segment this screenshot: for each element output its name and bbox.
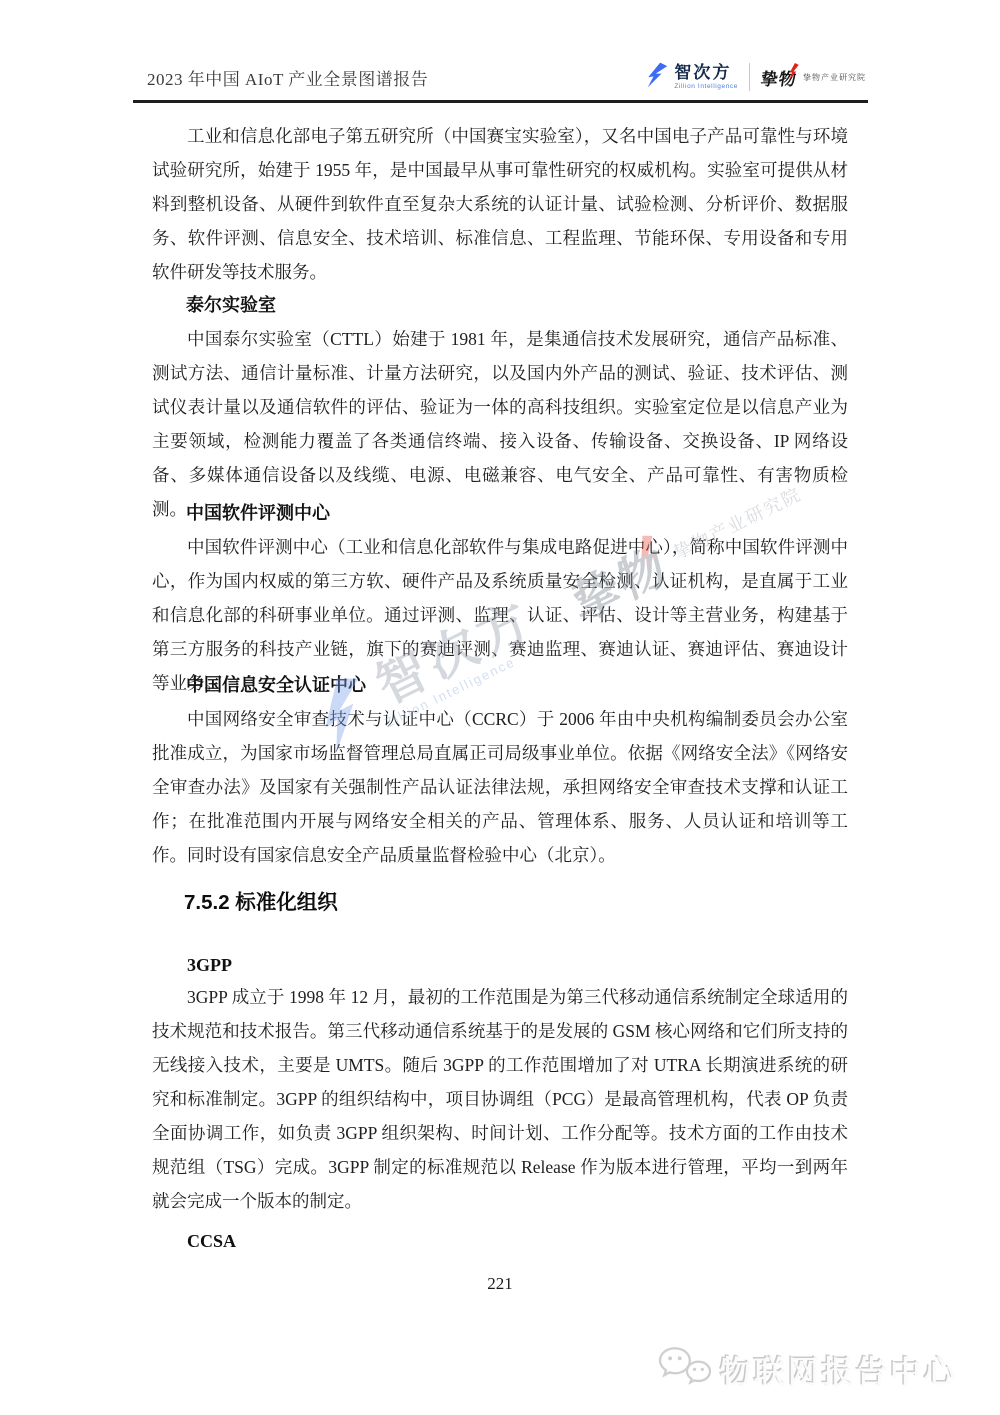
zhiwu-brand-subtitle: 挚物产业研究院	[803, 72, 866, 83]
heading-tel-lab: 泰尔实验室	[152, 288, 848, 322]
page-header: 2023 年中国 AIoT 产业全景图谱报告 智次方 Zillion Intel…	[133, 56, 868, 103]
heading-software-testing-center: 中国软件评测中心	[152, 496, 848, 530]
zillion-z-icon	[646, 61, 669, 94]
paragraph-infosec-cert-center: 中国网络安全审查技术与认证中心（CCRC）于 2006 年由中央机构编制委员会办…	[152, 702, 848, 872]
section-heading-7-5-2: 7.5.2 标准化组织	[152, 884, 848, 922]
wechat-icon	[658, 1342, 712, 1397]
header-logos: 智次方 Zillion Intelligence 挚物 挚物产业研究院	[646, 61, 866, 94]
zillion-brand-subtitle: Zillion Intelligence	[674, 84, 738, 91]
heading-infosec-cert-center: 中国信息安全认证中心	[152, 668, 848, 702]
zhiwu-bolt-icon	[789, 63, 799, 85]
footer-brand: 物联网报告中心	[658, 1342, 958, 1397]
report-title: 2023 年中国 AIoT 产业全景图谱报告	[147, 65, 428, 90]
header-rule	[133, 100, 868, 103]
page-number: 221	[0, 1274, 1000, 1294]
zhiwu-logo-block: 挚物 挚物产业研究院	[761, 63, 866, 91]
heading-3gpp: 3GPP	[152, 948, 848, 982]
paragraph-saibao-lab: 工业和信息化部电子第五研究所（中国赛宝实验室），又名中国电子产品可靠性与环境试验…	[152, 119, 848, 289]
zillion-brand-name: 智次方	[674, 64, 738, 81]
paragraph-3gpp: 3GPP 成立于 1998 年 12 月，最初的工作范围是为第三代移动通信系统制…	[152, 980, 848, 1218]
footer-brand-label: 物联网报告中心	[720, 1347, 958, 1392]
heading-ccsa: CCSA	[152, 1224, 848, 1258]
zillion-brand-block: 智次方 Zillion Intelligence	[674, 64, 738, 91]
logo-divider	[749, 63, 750, 91]
document-page: 智次方 Zillion Intelligence 挚物 挚物产业研究院 2023…	[0, 0, 1000, 1415]
